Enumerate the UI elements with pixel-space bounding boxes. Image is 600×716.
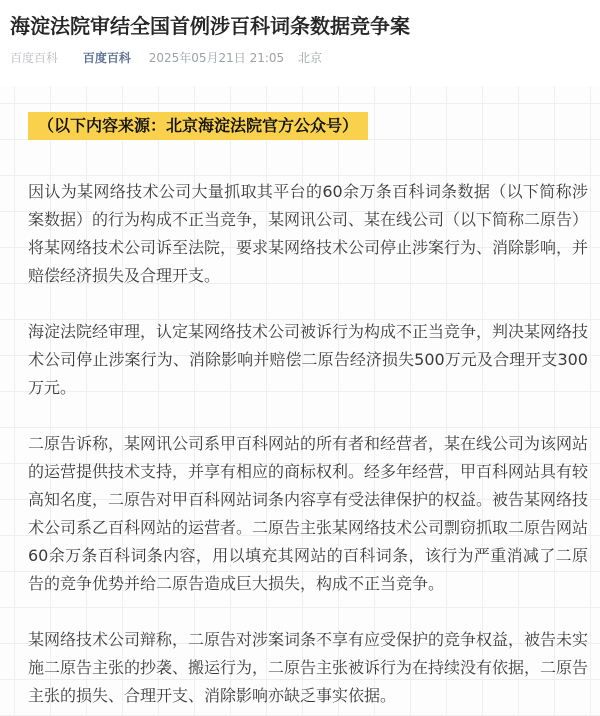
article-page: 海淀法院审结全国首例涉百科词条数据竞争案 百度百科 百度百科 2025年05月2… — [0, 0, 600, 716]
publish-location: 北京 — [298, 51, 322, 65]
source-tag: 百度百科 — [10, 51, 58, 65]
source-note-highlight: （以下内容来源：北京海淀法院官方公众号） — [28, 112, 368, 140]
article-meta: 百度百科 百度百科 2025年05月21日 21:05 北京 — [10, 50, 590, 66]
paragraph-1: 因认为某网络技术公司大量抓取其平台的60余万条百科词条数据（以下简称涉案数据）的… — [28, 178, 588, 290]
source-note-line: （以下内容来源：北京海淀法院官方公众号） — [28, 112, 588, 140]
paragraph-4: 某网络技术公司辩称，二原告对涉案词条不享有应受保护的竞争权益，被告未实施二原告主… — [28, 626, 588, 710]
publish-datetime: 2025年05月21日 21:05 — [149, 51, 284, 65]
article-header: 海淀法院审结全国首例涉百科词条数据竞争案 百度百科 百度百科 2025年05月2… — [0, 0, 600, 66]
page-title: 海淀法院审结全国首例涉百科词条数据竞争案 — [10, 13, 590, 39]
paragraph-3: 二原告诉称，某网讯公司系甲百科网站的所有者和经营者，某在线公司为该网站的运营提供… — [28, 430, 588, 598]
article-body: （以下内容来源：北京海淀法院官方公众号） 因认为某网络技术公司大量抓取其平台的6… — [0, 86, 600, 716]
source-link[interactable]: 百度百科 — [83, 51, 131, 65]
paragraph-2: 海淀法院经审理，认定某网络技术公司被诉行为构成不正当竞争，判决某网络技术公司停止… — [28, 318, 588, 402]
